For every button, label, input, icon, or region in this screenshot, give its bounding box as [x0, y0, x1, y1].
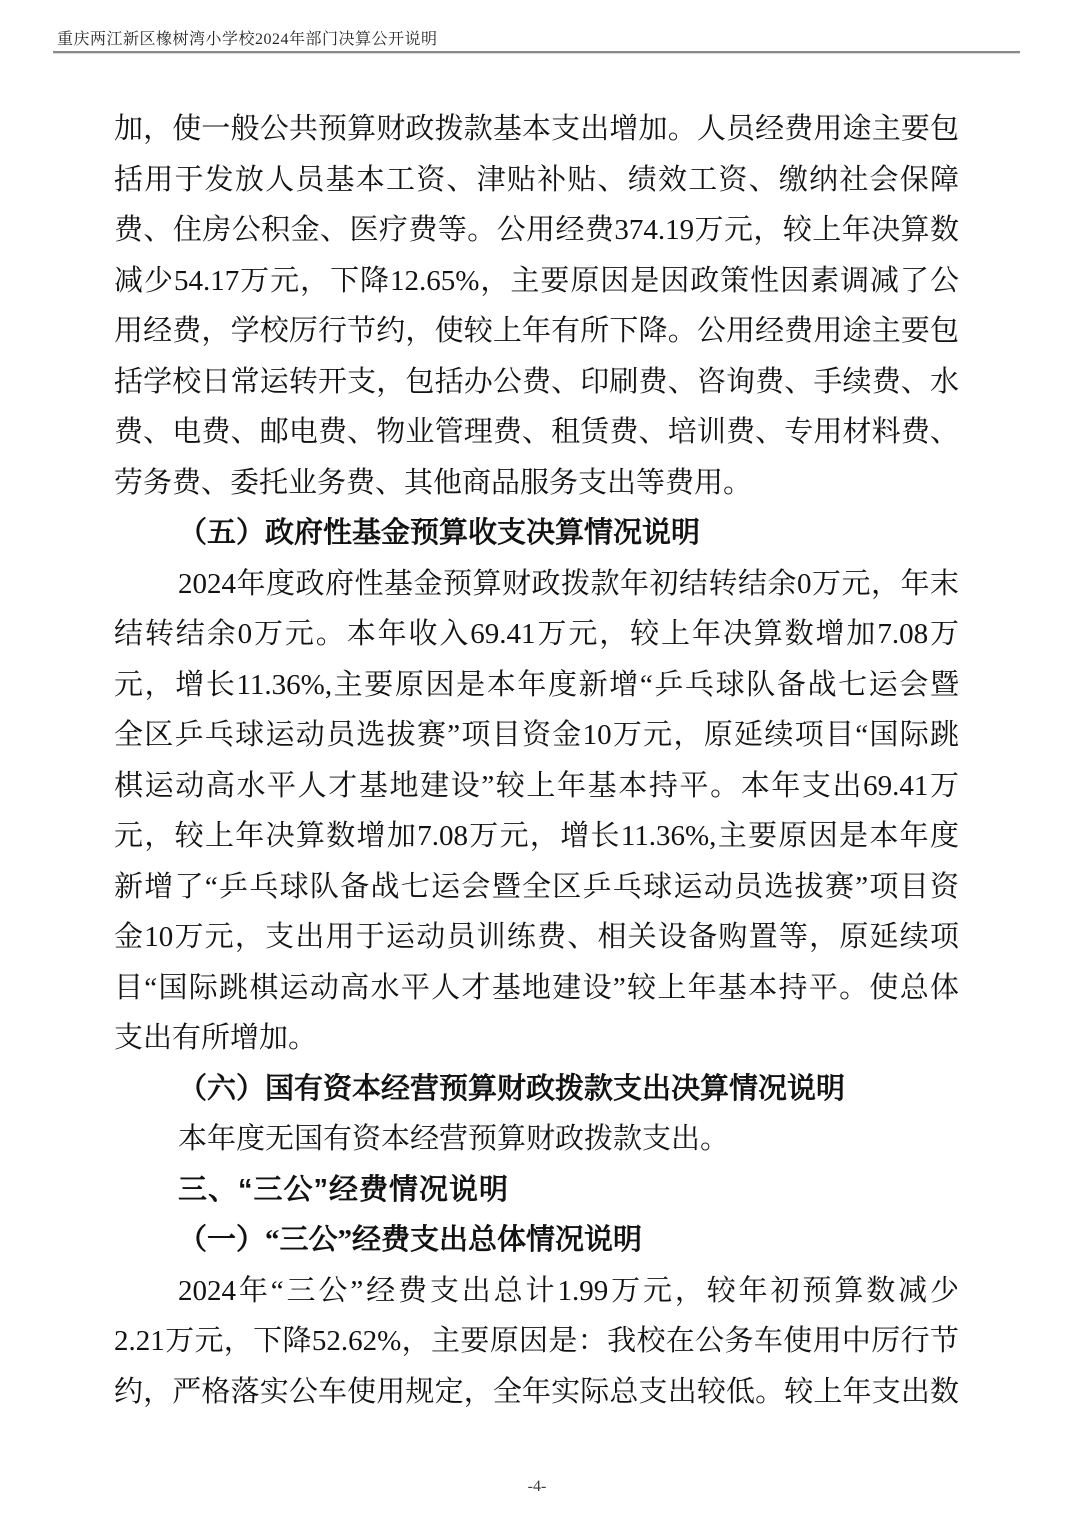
text-line: 2024年“三公”经费支出总计1.99万元，较年初预算数减少: [114, 1266, 959, 1317]
text-line: 费、电费、邮电费、物业管理费、租赁费、培训费、专用材料费、: [114, 407, 959, 458]
text-line: 劳务费、委托业务费、其他商品服务支出等费用。: [114, 458, 959, 509]
text-line: 结转结余0万元。本年收入69.41万元，较上年决算数增加7.08万: [114, 609, 959, 660]
text-line: 新增了“乒乓球队备战七运会暨全区乒乓球运动员选拔赛”项目资: [114, 862, 959, 913]
text-line: 金10万元，支出用于运动员训练费、相关设备购置等，原延续项: [114, 912, 959, 963]
text-line: 元，较上年决算数增加7.08万元，增长11.36%,主要原因是本年度: [114, 811, 959, 862]
document-body: 加，使一般公共预算财政拨款基本支出增加。人员经费用途主要包括用于发放人员基本工资…: [114, 104, 959, 1417]
header-rule-divider: [53, 51, 1020, 53]
text-line: 本年度无国有资本经营预算财政拨款支出。: [114, 1114, 959, 1165]
text-line: 约，严格落实公车使用规定，全年实际总支出较低。较上年支出数: [114, 1367, 959, 1418]
text-line: 元，增长11.36%,主要原因是本年度新增“乒乓球队备战七运会暨: [114, 660, 959, 711]
text-line: 用经费，学校厉行节约，使较上年有所下降。公用经费用途主要包: [114, 306, 959, 357]
text-line: 括学校日常运转开支，包括办公费、印刷费、咨询费、手续费、水: [114, 357, 959, 408]
text-line: 2.21万元，下降52.62%，主要原因是：我校在公务车使用中厉行节: [114, 1316, 959, 1367]
page-header: 重庆两江新区橡树湾小学校2024年部门决算公开说明: [57, 26, 438, 49]
text-line: 棋运动高水平人才基地建设”较上年基本持平。本年支出69.41万: [114, 761, 959, 812]
text-line: 括用于发放人员基本工资、津贴补贴、绩效工资、缴纳社会保障: [114, 155, 959, 206]
page-footer: -4-: [0, 1478, 1074, 1496]
text-line: 支出有所增加。: [114, 1013, 959, 1064]
page-number: -4-: [528, 1478, 547, 1495]
document-page: 重庆两江新区橡树湾小学校2024年部门决算公开说明 加，使一般公共预算财政拨款基…: [0, 0, 1074, 1520]
text-line: 加，使一般公共预算财政拨款基本支出增加。人员经费用途主要包: [114, 104, 959, 155]
header-title: 重庆两江新区橡树湾小学校2024年部门决算公开说明: [57, 31, 438, 48]
text-line: 费、住房公积金、医疗费等。公用经费374.19万元，较上年决算数: [114, 205, 959, 256]
text-line: 减少54.17万元，下降12.65%，主要原因是因政策性因素调减了公: [114, 256, 959, 307]
text-line: 全区乒乓球运动员选拔赛”项目资金10万元，原延续项目“国际跳: [114, 710, 959, 761]
text-line: 2024年度政府性基金预算财政拨款年初结转结余0万元，年末: [114, 559, 959, 610]
heading-line: 三、“三公”经费情况说明: [114, 1165, 959, 1216]
text-line: 目“国际跳棋运动高水平人才基地建设”较上年基本持平。使总体: [114, 963, 959, 1014]
heading-line: （一）“三公”经费支出总体情况说明: [114, 1215, 959, 1266]
heading-line: （五）政府性基金预算收支决算情况说明: [114, 508, 959, 559]
heading-line: （六）国有资本经营预算财政拨款支出决算情况说明: [114, 1064, 959, 1115]
